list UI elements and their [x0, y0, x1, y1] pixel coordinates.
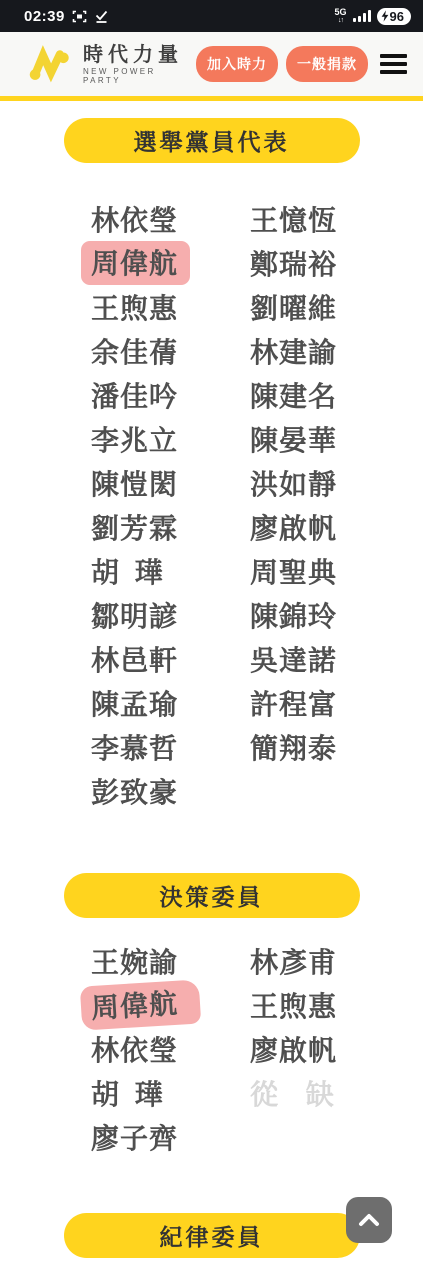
member-name: 林建諭 — [250, 329, 423, 373]
signal-strength-icon — [353, 10, 371, 22]
highlight-marker: 周偉航 — [81, 241, 190, 285]
member-name: 林邑軒 — [91, 637, 250, 681]
member-name: 林依瑩 — [91, 197, 250, 241]
member-name: 吳達諾 — [250, 637, 423, 681]
battery-indicator: 96 — [377, 8, 411, 25]
section-1: 選舉黨員代表 林依瑩周偉航王煦惠余佳蒨潘佳吟李兆立陳愷閎劉芳霖胡 璍鄒明諺林邑軒… — [0, 118, 423, 813]
member-name: 鄭瑞裕 — [250, 241, 423, 285]
join-party-button[interactable]: 加入時力 — [196, 46, 278, 82]
member-name: 許程富 — [250, 681, 423, 725]
member-sections: 選舉黨員代表 林依瑩周偉航王煦惠余佳蒨潘佳吟李兆立陳愷閎劉芳霖胡 璍鄒明諺林邑軒… — [0, 118, 423, 1258]
member-name: 王煦惠 — [250, 983, 423, 1027]
scroll-to-top-button[interactable] — [346, 1197, 392, 1243]
site-header: 時代力量 NEW POWER PARTY 加入時力 一般捐款 — [0, 32, 423, 101]
name-list: 林依瑩周偉航王煦惠余佳蒨潘佳吟李兆立陳愷閎劉芳霖胡 璍鄒明諺林邑軒陳孟瑜李慕哲彭… — [0, 197, 423, 813]
screen-capture-icon — [72, 10, 87, 23]
member-name: 潘佳吟 — [91, 373, 250, 417]
clock: 02:39 — [24, 8, 65, 25]
section-title-pill: 紀律委員 — [64, 1213, 360, 1258]
member-name: 廖啟帆 — [250, 505, 423, 549]
member-name: 劉芳霖 — [91, 505, 250, 549]
section-title-pill: 選舉黨員代表 — [64, 118, 360, 163]
member-name: 周聖典 — [250, 549, 423, 593]
member-name: 陳晏華 — [250, 417, 423, 461]
member-name: 廖啟帆 — [250, 1027, 423, 1071]
member-name: 李兆立 — [91, 417, 250, 461]
member-name: 王煦惠 — [91, 285, 250, 329]
brand-subtitle: NEW POWER PARTY — [83, 67, 188, 85]
member-name: 林依瑩 — [91, 1027, 250, 1071]
5g-network-icon: 5G ↓↑ — [335, 8, 347, 24]
charging-bolt-icon — [381, 10, 389, 22]
vacant-seat: 從 缺 — [250, 1071, 423, 1115]
member-name: 王婉諭 — [91, 939, 250, 983]
name-list: 王婉諭周偉航林依瑩胡 璍廖子齊 林彥甫王煦惠廖啟帆從 缺 — [0, 939, 423, 1159]
section-2: 決策委員 王婉諭周偉航林依瑩胡 璍廖子齊 林彥甫王煦惠廖啟帆從 缺 — [0, 873, 423, 1159]
member-name: 余佳蒨 — [91, 329, 250, 373]
member-name: 王憶恆 — [250, 197, 423, 241]
member-name: 林彥甫 — [250, 939, 423, 983]
section-title-pill: 決策委員 — [64, 873, 360, 918]
member-name: 胡 璍 — [91, 549, 250, 593]
donate-button[interactable]: 一般捐款 — [286, 46, 368, 82]
member-name: 陳錦玲 — [250, 593, 423, 637]
brand-text[interactable]: 時代力量 NEW POWER PARTY — [83, 44, 188, 85]
chevron-up-icon — [358, 1213, 380, 1227]
member-name: 簡翔泰 — [250, 725, 423, 769]
member-name: 胡 璍 — [91, 1071, 250, 1115]
member-name: 周偉航 — [91, 241, 250, 285]
highlight-marker: 周偉航 — [80, 979, 201, 1030]
menu-icon[interactable] — [380, 54, 407, 74]
brand-name: 時代力量 — [83, 44, 188, 67]
npp-logo[interactable] — [28, 45, 74, 83]
download-done-icon — [94, 10, 109, 23]
member-name: 李慕哲 — [91, 725, 250, 769]
status-bar: 02:39 5G ↓↑ 96 — [0, 0, 423, 32]
member-name: 彭致豪 — [91, 769, 250, 813]
member-name: 陳孟瑜 — [91, 681, 250, 725]
member-name: 洪如靜 — [250, 461, 423, 505]
member-name: 廖子齊 — [91, 1115, 250, 1159]
member-name: 周偉航 — [91, 983, 250, 1027]
member-name: 劉曜維 — [250, 285, 423, 329]
member-name: 陳建名 — [250, 373, 423, 417]
member-name: 鄒明諺 — [91, 593, 250, 637]
member-name: 陳愷閎 — [91, 461, 250, 505]
